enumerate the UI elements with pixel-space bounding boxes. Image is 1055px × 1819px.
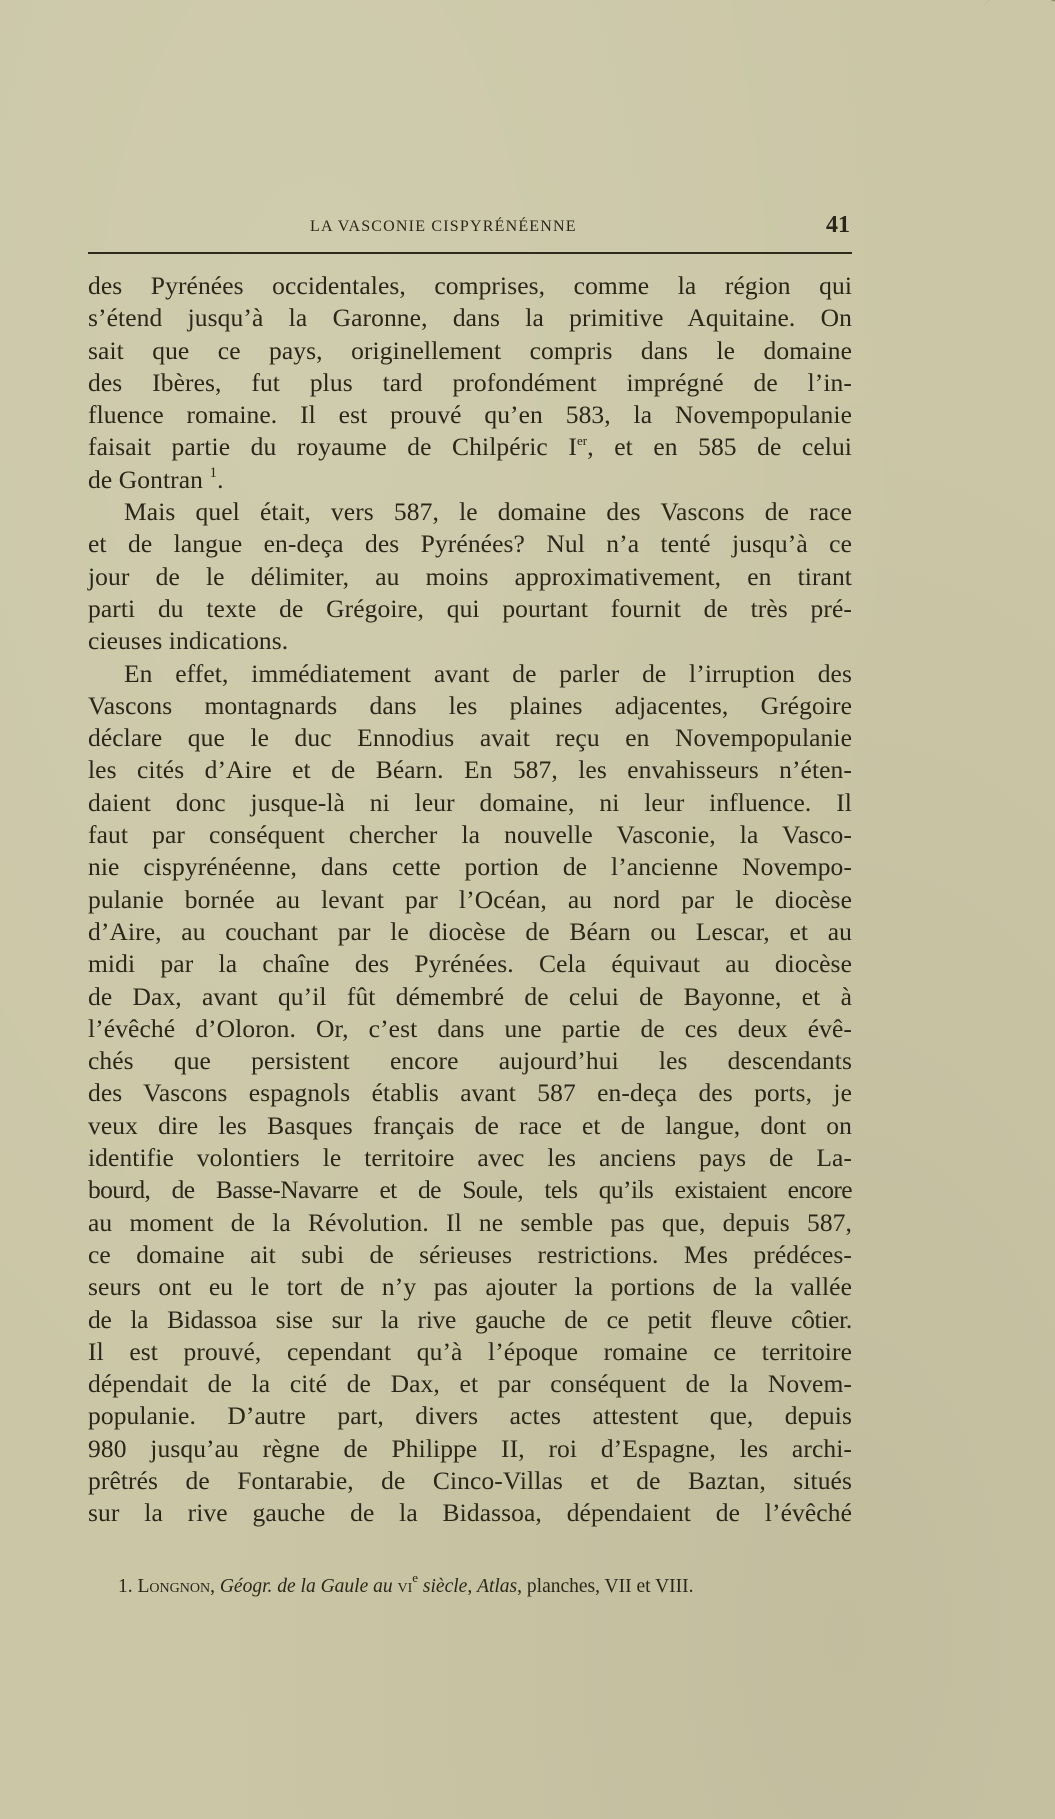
text-line: d’Aire, au couchant par le diocèse de Bé… xyxy=(88,916,852,948)
superscript: er xyxy=(577,433,587,448)
text-line: veux dire les Basques français de race e… xyxy=(88,1110,852,1142)
text-line: Vascons montagnards dans les plaines adj… xyxy=(88,690,852,722)
footnote-author: Longnon xyxy=(138,1576,211,1597)
text-line: sur la rive gauche de la Bidassoa, dépen… xyxy=(88,1497,852,1529)
separator: , xyxy=(210,1576,220,1597)
text-segment: , et en 585 de celui xyxy=(587,432,852,461)
text-line: parti du texte de Grégoire, qui pourtant… xyxy=(88,593,852,625)
text-line: seurs ont eu le tort de n’y pas ajouter … xyxy=(88,1271,852,1303)
book-page: LA VASCONIE CISPYRÉNÉENNE 41 des Pyrénée… xyxy=(88,0,852,1819)
text-line: populanie. D’autre part, divers actes at… xyxy=(88,1400,852,1432)
text-line: chés que persistent encore aujourd’hui l… xyxy=(88,1045,852,1077)
running-title: LA VASCONIE CISPYRÉNÉENNE xyxy=(310,218,577,236)
text-line: l’évêché d’Oloron. Or, c’est dans une pa… xyxy=(88,1013,852,1045)
text-line: s’étend jusqu’à la Garonne, dans la prim… xyxy=(88,302,852,334)
footnote-number: 1. xyxy=(118,1576,133,1597)
text-line: cieuses indications. xyxy=(88,625,852,657)
text-line: et de langue en-deça des Pyrénées? Nul n… xyxy=(88,528,852,560)
text-line: déclare que le duc Ennodius avait reçu e… xyxy=(88,722,852,754)
separator: , xyxy=(467,1576,477,1597)
text-line: prêtrés de Fontarabie, de Cinco-Villas e… xyxy=(88,1465,852,1497)
text-line: des Pyrénées occidentales, comprises, co… xyxy=(88,270,852,302)
text-line: de Gontran 1. xyxy=(88,464,852,496)
page-corner-fold xyxy=(982,0,1055,37)
text-line: jour de le délimiter, au moins approxima… xyxy=(88,561,852,593)
text-line: de la Bidassoa sise sur la rive gauche d… xyxy=(88,1304,852,1336)
footnote-rest: , planches, VII et VIII. xyxy=(517,1576,693,1597)
body-text: des Pyrénées occidentales, comprises, co… xyxy=(88,270,852,1530)
footnote-title: Géogr. de la Gaule au xyxy=(220,1576,398,1597)
text-line: faisait partie du royaume de Chilpéric I… xyxy=(88,431,852,463)
header-rule xyxy=(88,252,852,254)
text-line: de Dax, avant qu’il fût démembré de celu… xyxy=(88,981,852,1013)
text-line: Il est prouvé, cependant qu’à l’époque r… xyxy=(88,1336,852,1368)
text-line: fluence romaine. Il est prouvé qu’en 583… xyxy=(88,399,852,431)
text-segment: . xyxy=(217,465,223,494)
text-line: faut par conséquent chercher la nouvelle… xyxy=(88,819,852,851)
text-line: dépendait de la cité de Dax, et par cons… xyxy=(88,1368,852,1400)
text-line: au moment de la Révolution. Il ne semble… xyxy=(88,1207,852,1239)
text-line: les cités d’Aire et de Béarn. En 587, le… xyxy=(88,754,852,786)
footnote-ref[interactable]: 1 xyxy=(209,465,217,481)
text-line: pulanie bornée au levant par l’Océan, au… xyxy=(88,884,852,916)
text-segment: de Gontran xyxy=(88,465,209,494)
text-line: 980 jusqu’au règne de Philippe II, roi d… xyxy=(88,1433,852,1465)
footnote: 1. Longnon, Géogr. de la Gaule au vie si… xyxy=(118,1573,858,1601)
text-line: daient donc jusque-là ni leur domaine, n… xyxy=(88,787,852,819)
text-line: des Vascons espagnols établis avant 587 … xyxy=(88,1077,852,1109)
text-line: sait que ce pays, originellement compris… xyxy=(88,335,852,367)
text-line: des Ibères, fut plus tard profondément i… xyxy=(88,367,852,399)
text-line: nie cispyrénéenne, dans cette portion de… xyxy=(88,851,852,883)
page-number: 41 xyxy=(826,212,850,239)
text-line: Mais quel était, vers 587, le domaine de… xyxy=(88,496,852,528)
century-numeral: vi xyxy=(397,1576,412,1597)
text-line: ce domaine ait subi de sérieuses restric… xyxy=(88,1239,852,1271)
running-head: LA VASCONIE CISPYRÉNÉENNE 41 xyxy=(88,214,852,242)
text-line: midi par la chaîne des Pyrénées. Cela éq… xyxy=(88,948,852,980)
text-segment: faisait partie du royaume de Chilpéric I xyxy=(88,432,577,461)
footnote-atlas: Atlas xyxy=(477,1576,517,1597)
text-line: bourd, de Basse-Navarre et de Soule, tel… xyxy=(88,1174,852,1206)
text-line: En effet, immédiatement avant de parler … xyxy=(88,658,852,690)
text-line: identifie volontiers le territoire avec … xyxy=(88,1142,852,1174)
footnote-title-end: siècle xyxy=(418,1576,467,1597)
